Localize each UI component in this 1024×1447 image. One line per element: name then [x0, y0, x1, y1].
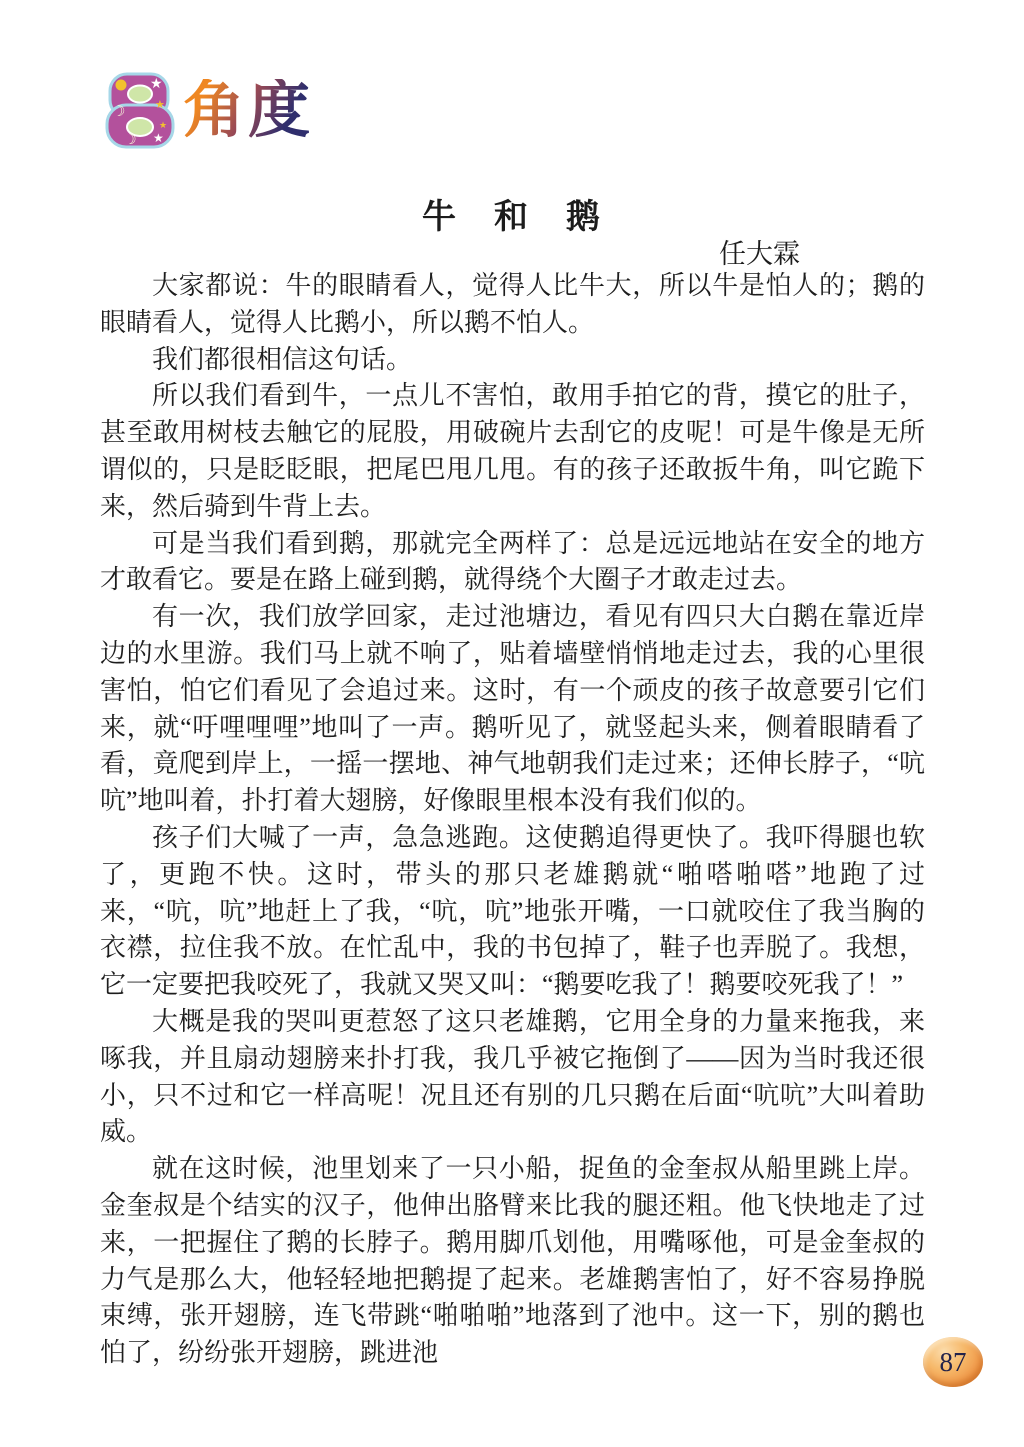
moon-icon: ☽: [124, 132, 137, 148]
paragraph: 就在这时候，池里划来了一只小船，捉鱼的金奎叔从船里跳上岸。金奎叔是个结实的汉子，…: [100, 1151, 925, 1372]
paragraph: 有一次，我们放学回家，走过池塘边，看见有四只大白鹅在靠近岸边的水里游。我们马上就…: [100, 599, 925, 820]
paragraph: 大家都说：牛的眼睛看人，觉得人比牛大，所以牛是怕人的；鹅的眼睛看人，觉得人比鹅小…: [100, 268, 925, 342]
paragraph: 孩子们大喊了一声，急急逃跑。这使鹅追得更快了。我吓得腿也软了，更跑不快。这时，带…: [100, 820, 925, 1004]
page-number-label: 87: [940, 1347, 967, 1378]
page-number-badge: 87: [923, 1337, 983, 1387]
star-icon: ★: [159, 121, 167, 131]
paragraph: 大概是我的哭叫更惹怒了这只老雄鹅，它用全身的力量来拖我，来啄我，并且扇动翅膀来扑…: [100, 1004, 925, 1151]
article-body: 大家都说：牛的眼睛看人，觉得人比牛大，所以牛是怕人的；鹅的眼睛看人，觉得人比鹅小…: [100, 268, 925, 1372]
moon-icon: ☽: [112, 102, 125, 120]
star-icon: ★: [153, 131, 164, 145]
paragraph: 我们都很相信这句话。: [100, 342, 925, 379]
sun-dot-icon: [116, 80, 127, 91]
article-title: 牛 和 鹅: [0, 189, 1024, 238]
unit-logo: ★ ★ ☽ ☽ ★ ★ 角度: [103, 70, 313, 150]
paragraph: 可是当我们看到鹅，那就完全两样了：总是远远地站在安全的地方才敢看它。要是在路上碰…: [100, 526, 925, 600]
textbook-page: ★ ★ ☽ ☽ ★ ★ 角度 牛 和 鹅 任大霖 大家都说：牛的眼睛看人，觉得人…: [0, 0, 1024, 1447]
decorated-eight-icon: ★ ★ ☽ ☽ ★ ★: [103, 70, 177, 150]
star-icon: ★: [155, 98, 165, 111]
paragraph: 所以我们看到牛，一点儿不害怕，敢用手拍它的背，摸它的肚子，甚至敢用树枝去触它的屁…: [100, 378, 925, 525]
article-author: 任大霖: [0, 232, 1024, 271]
star-icon: ★: [150, 76, 163, 92]
unit-logo-label: 角度: [183, 79, 313, 141]
